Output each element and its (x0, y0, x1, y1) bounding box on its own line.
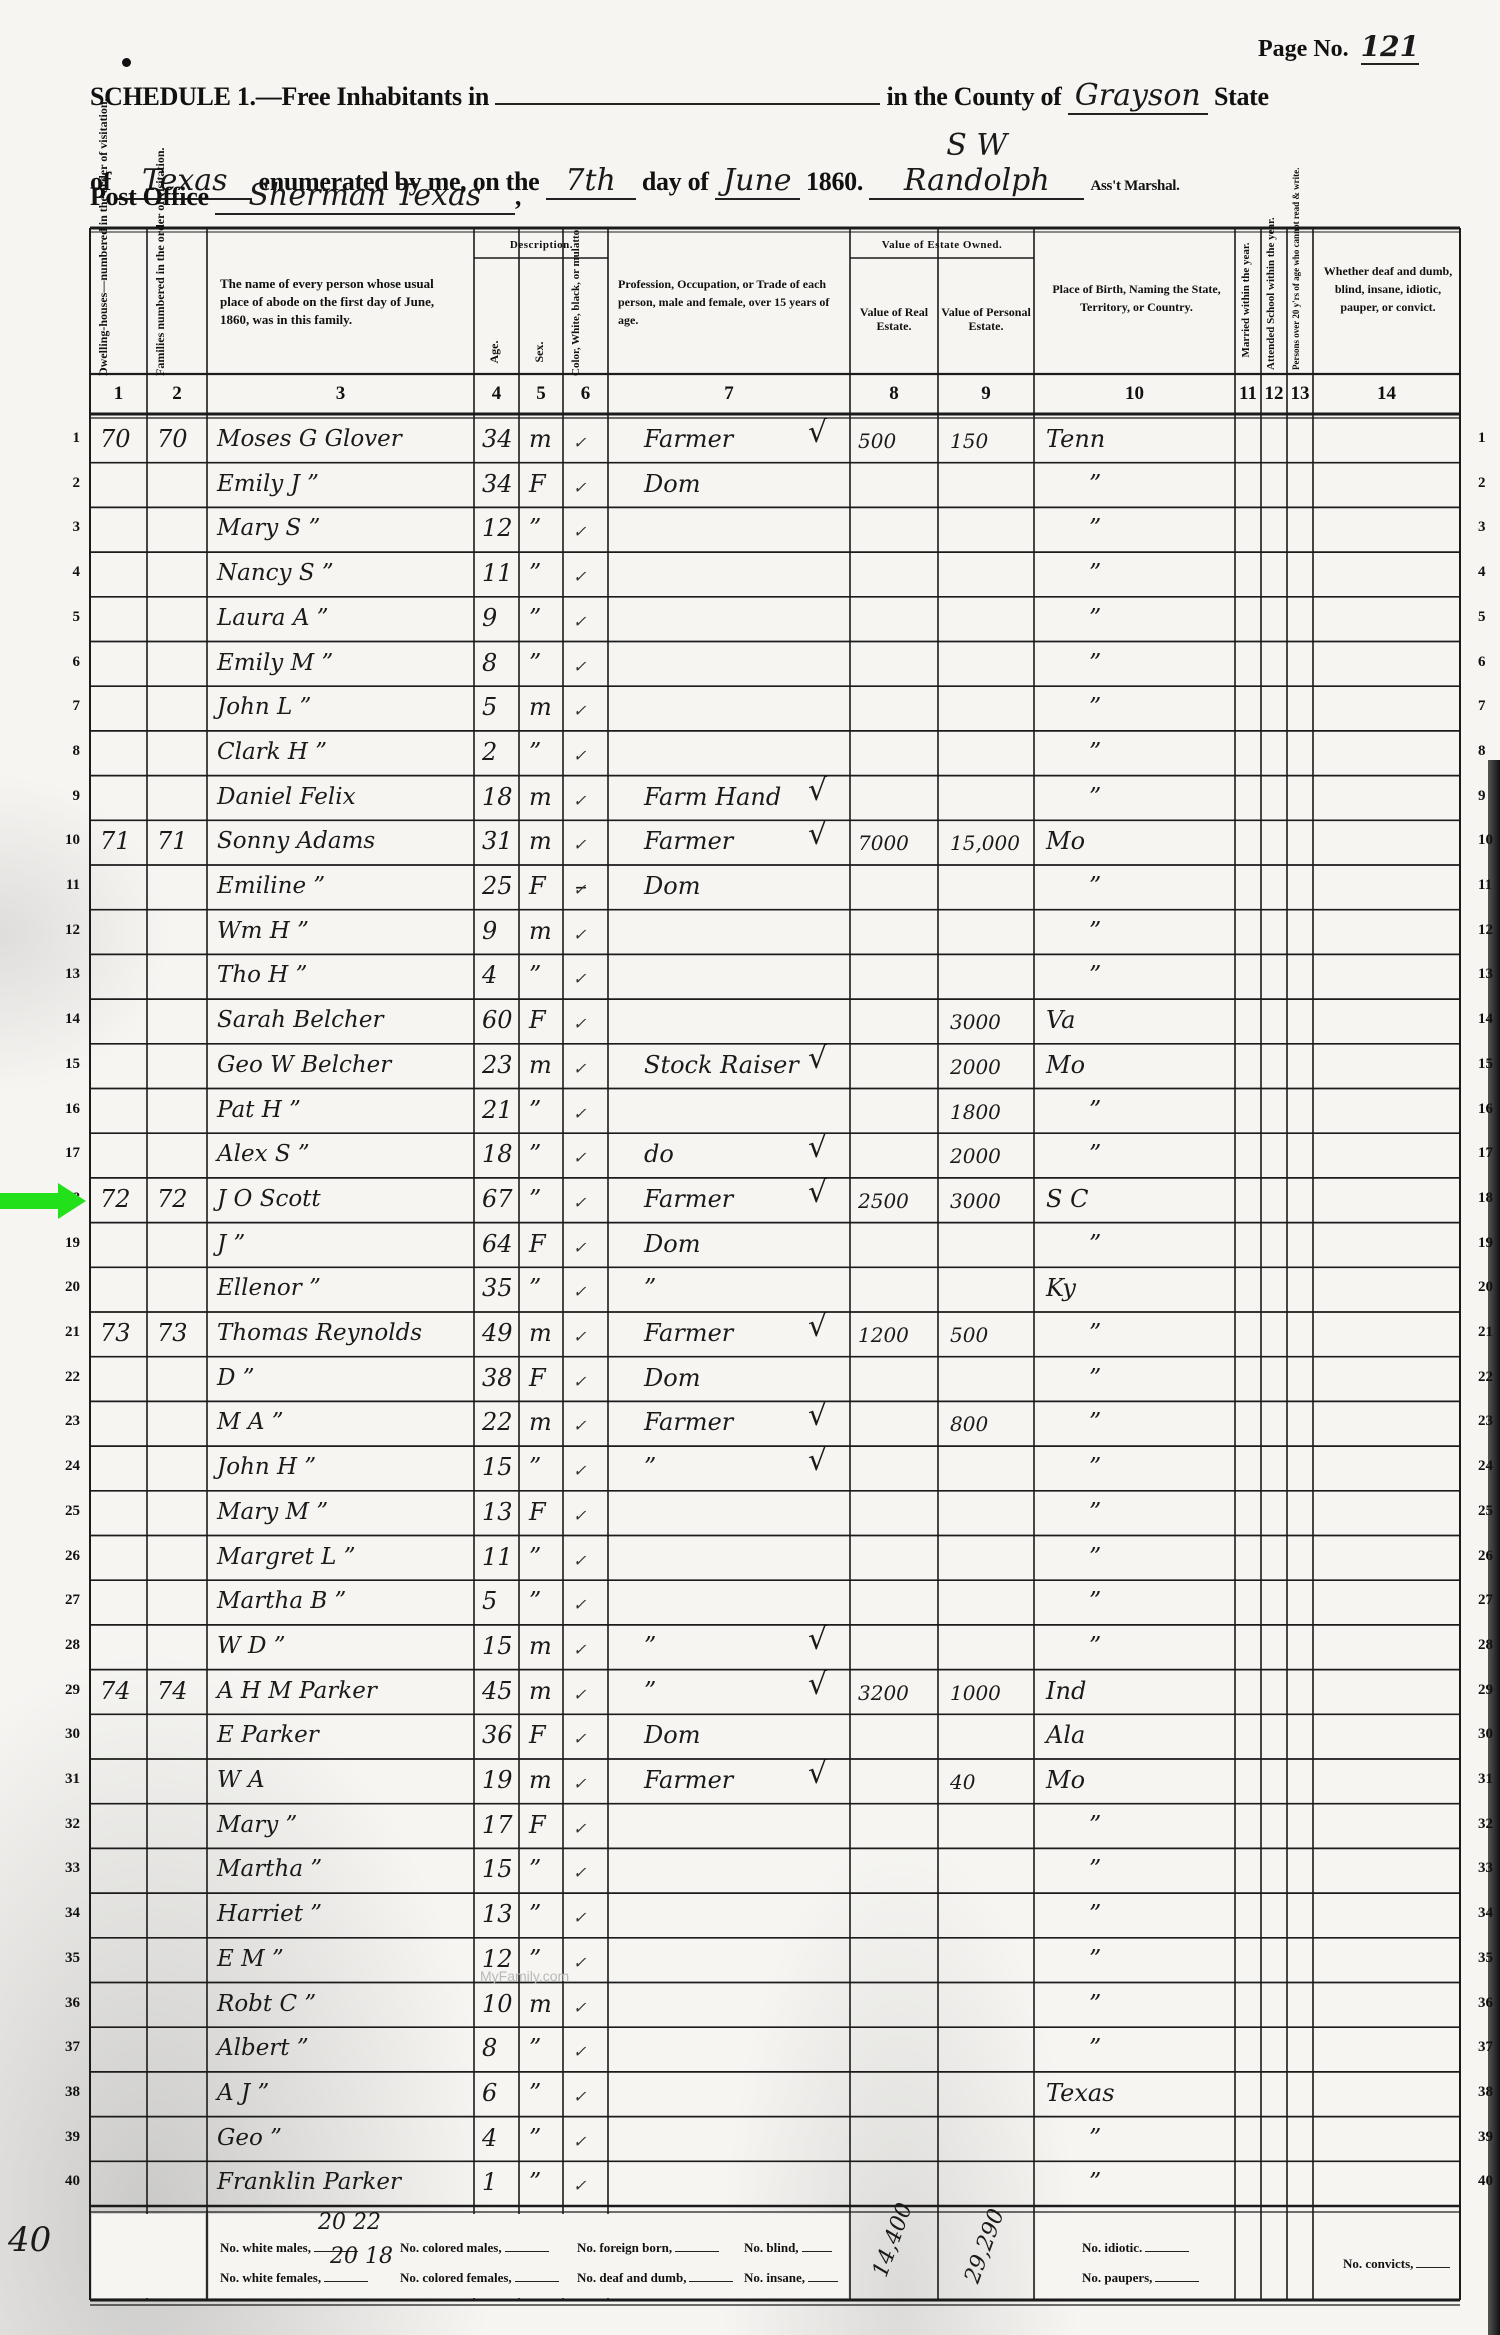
color-checkmark: ✓ (573, 1233, 586, 1263)
row-line-number-right: 31 (1478, 1771, 1500, 1788)
age: 49 (482, 1318, 513, 1348)
age: 8 (482, 648, 497, 678)
header-col-7: Profession, Occupation, or Trade of each… (618, 275, 846, 329)
row-line-number: 34 (40, 1905, 80, 1922)
birthplace: ” (1089, 1497, 1101, 1527)
tally-check: √ (808, 1401, 827, 1431)
sex: F (529, 1229, 546, 1259)
column-number-7: 7 (699, 383, 759, 405)
sex: ” (529, 1184, 541, 1214)
row-line-number-right: 34 (1478, 1905, 1500, 1922)
schedule-line: SCHEDULE 1.—Free Inhabitants in in the C… (90, 78, 1269, 115)
age: 35 (482, 1273, 513, 1303)
header-col-14: Whether deaf and dumb, blind, insane, id… (1322, 262, 1454, 316)
occupation: Dom (644, 871, 700, 901)
personal-estate-value: 1000 (950, 1678, 1001, 1708)
row-line-number: 16 (40, 1101, 80, 1118)
header-col-4: Age. (488, 332, 501, 372)
row-line-number: 22 (40, 1369, 80, 1386)
age: 9 (482, 916, 497, 946)
personal-estate-value: 1800 (950, 1097, 1001, 1127)
personal-estate-value: 3000 (950, 1186, 1001, 1216)
color-checkmark: ✓ (573, 1769, 586, 1799)
birthplace: ” (1089, 1407, 1101, 1437)
age: 2 (482, 737, 497, 767)
sex: ” (529, 1095, 541, 1125)
row-line-number-right: 9 (1478, 788, 1500, 805)
dwelling-number: 72 (100, 1184, 131, 1214)
occupation: ” (644, 1631, 656, 1661)
row-line-number-right: 7 (1478, 698, 1500, 715)
row-line-number: 28 (40, 1637, 80, 1654)
row-line-number-right: 35 (1478, 1950, 1500, 1967)
occupation: Dom (644, 1229, 700, 1259)
person-name: Clark H ” (217, 737, 327, 767)
birthplace: ” (1089, 469, 1101, 499)
foreign-born-label: No. foreign born, (577, 2240, 719, 2256)
age: 4 (482, 2123, 497, 2153)
color-checkmark: ✓ (573, 1993, 586, 2023)
column-number-10: 10 (1105, 383, 1165, 405)
row-line-number-right: 19 (1478, 1235, 1500, 1252)
row-line-number: 25 (40, 1503, 80, 1520)
sex: m (529, 424, 552, 454)
person-name: Franklin Parker (217, 2167, 401, 2197)
sex: m (529, 692, 552, 722)
sex: ” (529, 1542, 541, 1572)
county-label: in the County of (886, 82, 1061, 111)
deaf-dumb-label: No. deaf and dumb, (577, 2270, 733, 2286)
row-line-number: 17 (40, 1145, 80, 1162)
person-name: Emiline ” (217, 871, 325, 901)
age: 5 (482, 692, 497, 722)
row-line-number: 32 (40, 1816, 80, 1833)
row-line-number: 38 (40, 2084, 80, 2101)
row-line-number: 14 (40, 1011, 80, 1028)
dwelling-number: 73 (100, 1318, 131, 1348)
color-checkmark: ✓ (573, 1054, 586, 1084)
header-col-3: The name of every person whose usual pla… (220, 275, 465, 329)
row-line-number: 33 (40, 1860, 80, 1877)
real-estate-value: 7000 (858, 828, 909, 858)
row-line-number-right: 11 (1478, 877, 1500, 894)
tally-check: √ (808, 1044, 827, 1074)
place-field (495, 103, 880, 105)
tally-check: √ (808, 418, 827, 448)
sex: F (529, 1720, 546, 1750)
age: 17 (482, 1810, 513, 1840)
row-line-number: 9 (40, 788, 80, 805)
row-line-number-right: 12 (1478, 922, 1500, 939)
row-line-number: 20 (40, 1279, 80, 1296)
row-line-number-right: 14 (1478, 1011, 1500, 1028)
row-line-number-right: 8 (1478, 743, 1500, 760)
row-line-number-right: 6 (1478, 654, 1500, 671)
row-line-number: 11 (40, 877, 80, 894)
row-line-number-right: 21 (1478, 1324, 1500, 1341)
sex: ” (529, 1899, 541, 1929)
white-females-label: No. white females, (220, 2270, 368, 2286)
row-line-number: 12 (40, 922, 80, 939)
birthplace: ” (1089, 1318, 1101, 1348)
sex: F (529, 1497, 546, 1527)
birthplace: ” (1089, 1631, 1101, 1661)
sex: ” (529, 2167, 541, 2197)
header-col-12: Attended School within the year. (1265, 230, 1278, 370)
tally-check: √ (808, 1178, 827, 1208)
row-line-number-right: 2 (1478, 475, 1500, 492)
row-line-number: 40 (40, 2173, 80, 2190)
header-col-2: Families numbered in the order of visita… (154, 234, 167, 376)
sex: F (529, 871, 546, 901)
marshal-field: S W Randolph (869, 128, 1084, 200)
row-line-number-right: 18 (1478, 1190, 1500, 1207)
color-checkmark: ✓ (573, 1009, 586, 1039)
person-name: Emily M ” (217, 648, 333, 678)
birthplace: ” (1089, 1989, 1101, 2019)
birthplace: ” (1089, 960, 1101, 990)
color-checkmark: ✓ (573, 1367, 586, 1397)
birthplace: Mo (1046, 1765, 1085, 1795)
personal-estate-value: 2000 (950, 1052, 1001, 1082)
person-name: Albert ” (217, 2033, 309, 2063)
color-checkmark: ✓ (573, 1590, 586, 1620)
age: 25 (482, 871, 513, 901)
row-line-number-right: 25 (1478, 1503, 1500, 1520)
birthplace: ” (1089, 2033, 1101, 2063)
row-line-number: 39 (40, 2129, 80, 2146)
person-name: Mary ” (217, 1810, 297, 1840)
row-line-number-right: 1 (1478, 430, 1500, 447)
age: 12 (482, 513, 513, 543)
personal-estate-value: 800 (950, 1409, 988, 1439)
row-line-number-right: 17 (1478, 1145, 1500, 1162)
day-of-label: day of (642, 167, 709, 196)
personal-estate-value: 150 (950, 426, 988, 456)
color-checkmark: ✓ (573, 2127, 586, 2157)
birthplace: ” (1089, 603, 1101, 633)
birthplace: ” (1089, 692, 1101, 722)
birthplace: Mo (1046, 1050, 1085, 1080)
occupation: Farm Hand (644, 782, 781, 812)
person-name: W A (217, 1765, 265, 1795)
row-line-number-right: 27 (1478, 1592, 1500, 1609)
county-field: Grayson (1068, 78, 1208, 115)
tally-check: √ (808, 820, 827, 850)
occupation: Stock Raiser (644, 1050, 799, 1080)
age: 15 (482, 1452, 513, 1482)
occupation: Farmer (644, 424, 733, 454)
schedule-title: SCHEDULE 1.—Free Inhabitants in (90, 82, 489, 111)
personal-estate-value: 3000 (950, 1007, 1001, 1037)
birthplace: ” (1089, 2123, 1101, 2153)
birthplace: S C (1046, 1184, 1088, 1214)
personal-estate-value: 40 (950, 1767, 975, 1797)
age: 13 (482, 1497, 513, 1527)
color-checkmark: ✓ (573, 428, 586, 458)
row-line-number: 5 (40, 609, 80, 626)
color-checkmark: ✓ (573, 1099, 586, 1129)
sex: F (529, 469, 546, 499)
column-number-1: 1 (89, 383, 149, 405)
person-name: Daniel Felix (217, 782, 356, 812)
color-checkmark: ✓ (573, 2171, 586, 2201)
sex: m (529, 1989, 552, 2019)
convicts-label: No. convicts, (1343, 2256, 1450, 2272)
age: 8 (482, 2033, 497, 2063)
age: 15 (482, 1631, 513, 1661)
paupers-label: No. paupers, (1082, 2270, 1199, 2286)
sex: ” (529, 1139, 541, 1169)
birthplace: Ind (1046, 1676, 1086, 1706)
sex: ” (529, 558, 541, 588)
real-estate-value: 3200 (858, 1678, 909, 1708)
sex: ” (529, 2078, 541, 2108)
person-name: Laura A ” (217, 603, 329, 633)
row-line-number-right: 37 (1478, 2039, 1500, 2056)
color-checkmark: ✓ (573, 875, 586, 905)
row-line-number: 6 (40, 654, 80, 671)
family-number: 74 (157, 1676, 188, 1706)
page-number-value: 121 (1361, 30, 1419, 65)
row-line-number: 30 (40, 1726, 80, 1743)
column-number-3: 3 (311, 383, 371, 405)
family-number: 71 (157, 826, 188, 856)
margin-tally: 40 (8, 2220, 51, 2260)
page-number-label: Page No. (1258, 36, 1349, 62)
person-name: J ” (217, 1229, 245, 1259)
sex: ” (529, 1854, 541, 1884)
row-line-number-right: 29 (1478, 1682, 1500, 1699)
color-checkmark: ✓ (573, 562, 586, 592)
row-line-number: 10 (40, 832, 80, 849)
row-line-number-right: 33 (1478, 1860, 1500, 1877)
column-number-13: 13 (1270, 383, 1330, 405)
person-name: John H ” (217, 1452, 316, 1482)
birthplace: Mo (1046, 826, 1085, 856)
sex: ” (529, 513, 541, 543)
color-checkmark: ✓ (573, 1635, 586, 1665)
row-line-number-right: 15 (1478, 1056, 1500, 1073)
age: 60 (482, 1005, 513, 1035)
person-name: Moses G Glover (217, 424, 402, 454)
birthplace: ” (1089, 1854, 1101, 1884)
dwelling-number: 71 (100, 826, 131, 856)
tally-check: √ (808, 1759, 827, 1789)
row-line-number: 24 (40, 1458, 80, 1475)
colored-females-label: No. colored females, (400, 2270, 559, 2286)
color-checkmark: ✓ (573, 1680, 586, 1710)
age: 45 (482, 1676, 513, 1706)
row-line-number-right: 26 (1478, 1548, 1500, 1565)
color-checkmark: ✓ (573, 1501, 586, 1531)
row-line-number: 21 (40, 1324, 80, 1341)
header-col-6: Color, White, black, or mulatto (570, 261, 583, 376)
row-line-number: 37 (40, 2039, 80, 2056)
row-line-number-right: 20 (1478, 1279, 1500, 1296)
header-col-13: Persons over 20 y'rs of age who cannot r… (1291, 230, 1301, 370)
occupation: Farmer (644, 1184, 733, 1214)
personal-estate-value: 500 (950, 1320, 988, 1350)
age: 10 (482, 1989, 513, 2019)
row-line-number-right: 30 (1478, 1726, 1500, 1743)
post-office-field: Sherman Texas (215, 178, 515, 215)
highlight-arrow-icon (0, 1183, 86, 1219)
color-checkmark: ✓ (573, 1858, 586, 1888)
watermark: MyFamily.com (480, 1968, 569, 1984)
tally-check: √ (808, 1446, 827, 1476)
age: 19 (482, 1765, 513, 1795)
color-checkmark: ✓ (573, 2082, 586, 2112)
header-col-11: Married within the year. (1240, 230, 1253, 370)
person-name: John L ” (217, 692, 311, 722)
row-line-number: 35 (40, 1950, 80, 1967)
header-col-5: Sex. (533, 332, 546, 372)
person-name: Ellenor ” (217, 1273, 321, 1303)
color-checkmark: ✓ (573, 786, 586, 816)
row-line-number-right: 3 (1478, 519, 1500, 536)
age: 23 (482, 1050, 513, 1080)
row-line-number-right: 38 (1478, 2084, 1500, 2101)
occupation: Farmer (644, 1318, 733, 1348)
person-name: Robt C ” (217, 1989, 316, 2019)
color-checkmark: ✓ (573, 607, 586, 637)
person-name: Pat H ” (217, 1095, 301, 1125)
row-line-number: 29 (40, 1682, 80, 1699)
real-estate-value: 500 (858, 426, 896, 456)
insane-label: No. insane, (744, 2270, 838, 2286)
color-checkmark: ✓ (573, 1456, 586, 1486)
age: 18 (482, 782, 513, 812)
row-line-number: 2 (40, 475, 80, 492)
row-line-number-right: 23 (1478, 1413, 1500, 1430)
sex: ” (529, 1273, 541, 1303)
occupation: Dom (644, 1363, 700, 1393)
color-checkmark: ✓ (573, 741, 586, 771)
color-checkmark: ✓ (573, 1948, 586, 1978)
row-line-number: 13 (40, 966, 80, 983)
occupation: Dom (644, 469, 700, 499)
birthplace: ” (1089, 1139, 1101, 1169)
real-estate-value: 1200 (858, 1320, 909, 1350)
sex: ” (529, 1586, 541, 1616)
sex: F (529, 1005, 546, 1035)
row-line-number: 19 (40, 1235, 80, 1252)
age: 9 (482, 603, 497, 633)
person-name: A J ” (217, 2078, 269, 2108)
sex: m (529, 1765, 552, 1795)
row-line-number-right: 39 (1478, 2129, 1500, 2146)
person-name: D ” (217, 1363, 255, 1393)
color-checkmark: ✓ (573, 1322, 586, 1352)
header-col-1: Dwelling-houses—numbered in the order of… (97, 234, 110, 376)
row-line-number-right: 5 (1478, 609, 1500, 626)
column-number-9: 9 (956, 383, 1016, 405)
ink-dot (122, 58, 131, 67)
birthplace: ” (1089, 871, 1101, 901)
birthplace: ” (1089, 2167, 1101, 2197)
sex: ” (529, 648, 541, 678)
age: 11 (482, 558, 513, 588)
person-name: Alex S ” (217, 1139, 310, 1169)
sex: ” (529, 960, 541, 990)
row-line-number-right: 40 (1478, 2173, 1500, 2190)
sex: m (529, 916, 552, 946)
sex: m (529, 1631, 552, 1661)
birthplace: ” (1089, 1944, 1101, 1974)
day-field: 7th (546, 163, 636, 200)
sex: ” (529, 2123, 541, 2153)
birthplace: ” (1089, 1899, 1101, 1929)
row-line-number: 15 (40, 1056, 80, 1073)
sex: m (529, 826, 552, 856)
age: 4 (482, 960, 497, 990)
row-line-number: 26 (40, 1548, 80, 1565)
age: 34 (482, 424, 513, 454)
birthplace: ” (1089, 1095, 1101, 1125)
row-line-number: 27 (40, 1592, 80, 1609)
occupation: do (644, 1139, 674, 1169)
occupation: ” (644, 1676, 656, 1706)
year: 1860. (806, 167, 863, 196)
tally-check: √ (808, 1670, 827, 1700)
age: 11 (482, 1542, 513, 1572)
birthplace: ” (1089, 1542, 1101, 1572)
occupation: ” (644, 1452, 656, 1482)
person-name: A H M Parker (217, 1676, 377, 1706)
birthplace: ” (1089, 513, 1101, 543)
birthplace: Ky (1046, 1273, 1076, 1303)
personal-estate-value: 2000 (950, 1141, 1001, 1171)
person-name: Thomas Reynolds (217, 1318, 422, 1348)
birthplace: ” (1089, 1363, 1101, 1393)
birthplace: ” (1089, 1810, 1101, 1840)
person-name: Geo W Belcher (217, 1050, 391, 1080)
age: 34 (482, 469, 513, 499)
age: 13 (482, 1899, 513, 1929)
person-name: E Parker (217, 1720, 319, 1750)
idiotic-label: No. idiotic. (1082, 2240, 1189, 2256)
color-checkmark: ✓ (573, 696, 586, 726)
page-number: Page No. 121 (1258, 30, 1419, 65)
age: 1 (482, 2167, 497, 2197)
row-line-number-right: 10 (1478, 832, 1500, 849)
sex: m (529, 1318, 552, 1348)
birthplace: Va (1046, 1005, 1075, 1035)
person-name: E M ” (217, 1944, 284, 1974)
dwelling-number: 70 (100, 424, 131, 454)
row-line-number: 1 (40, 430, 80, 447)
column-number-6: 6 (556, 383, 616, 405)
color-checkmark: ✓ (573, 1411, 586, 1441)
row-line-number-right: 4 (1478, 564, 1500, 581)
age: 38 (482, 1363, 513, 1393)
blind-label: No. blind, (744, 2240, 832, 2256)
occupation: Dom (644, 1720, 700, 1750)
birthplace: Tenn (1046, 424, 1105, 454)
birthplace: Ala (1046, 1720, 1085, 1750)
real-estate-value: 2500 (858, 1186, 909, 1216)
sex: ” (529, 737, 541, 767)
header-col-8: Value of Real Estate. (852, 305, 936, 333)
family-number: 73 (157, 1318, 188, 1348)
person-name: Tho H ” (217, 960, 307, 990)
occupation: Farmer (644, 1765, 733, 1795)
age: 31 (482, 826, 513, 856)
row-line-number: 7 (40, 698, 80, 715)
row-line-number-right: 32 (1478, 1816, 1500, 1833)
person-name: Martha B ” (217, 1586, 346, 1616)
